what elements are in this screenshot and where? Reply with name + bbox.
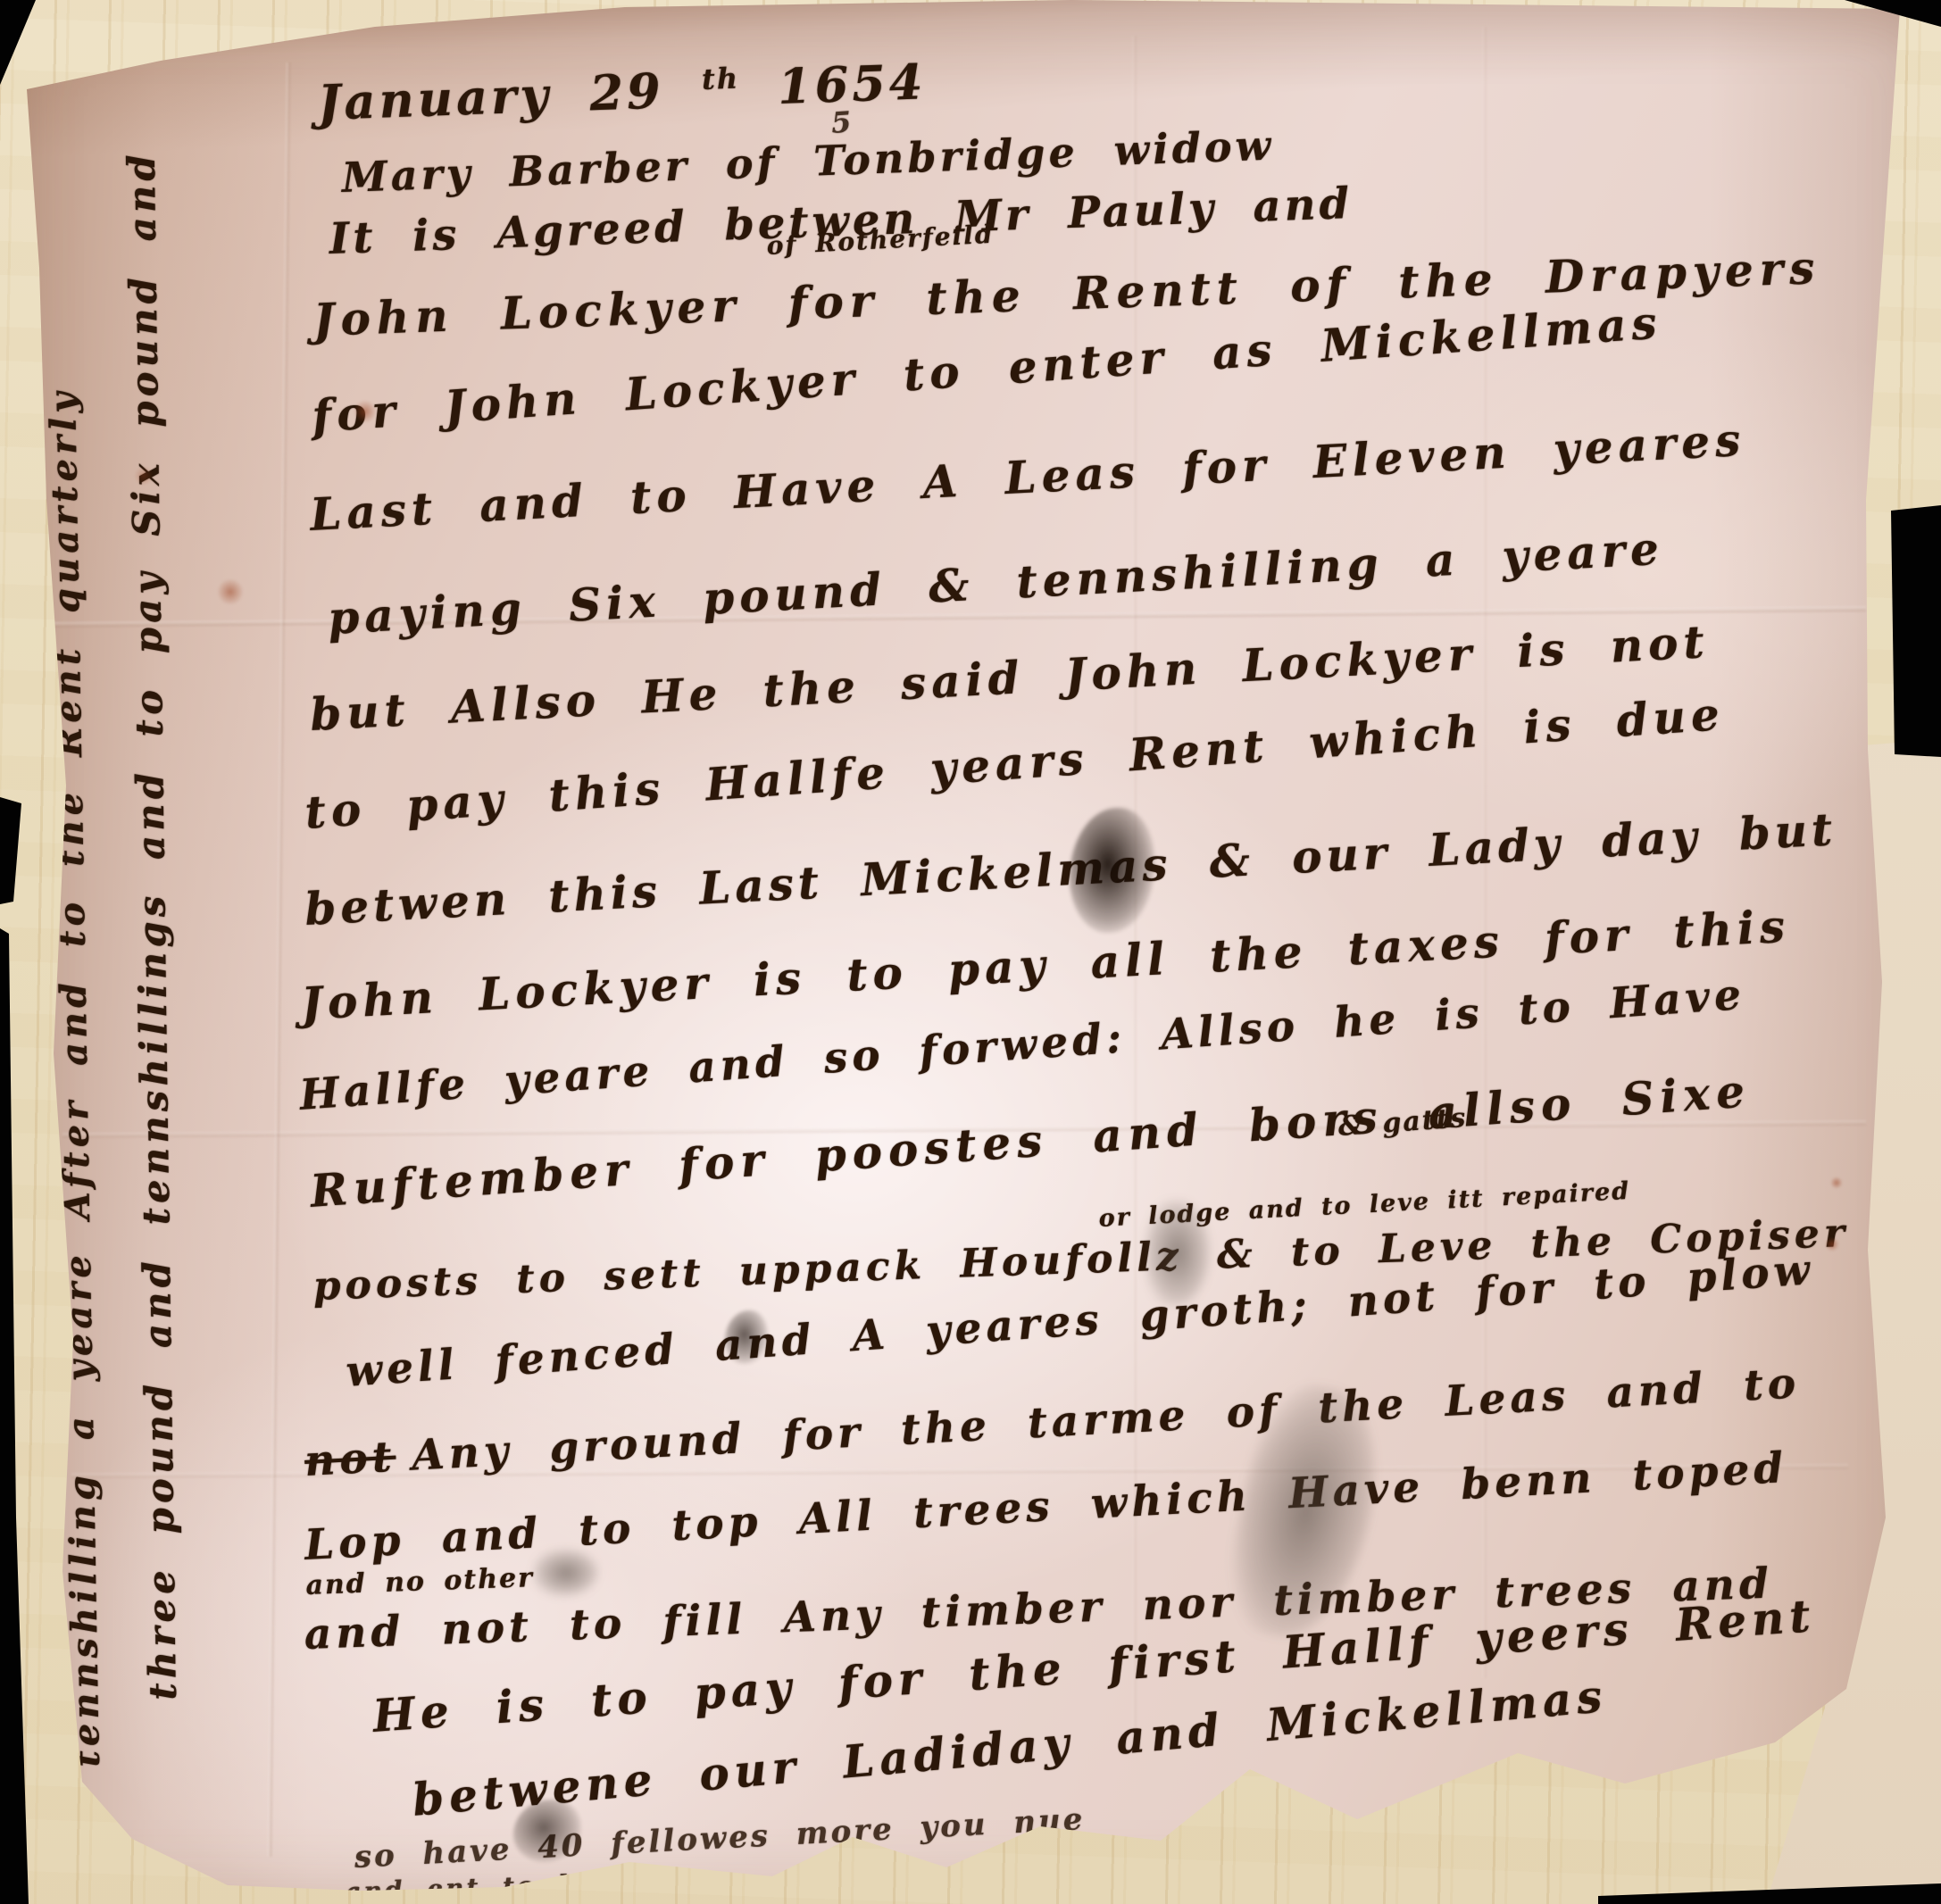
interlinear-insertion: and no other [305,1565,534,1600]
struck-word: not [304,1433,397,1486]
fold-crease [267,62,290,1857]
date-year: 1654 [777,53,927,115]
year-correction: 5 [830,107,854,137]
date-superscript: th [701,62,739,96]
rust-stain [217,578,244,605]
paper-sheet: January 29 th 1654 5 Mary Barber of Tonb… [0,0,1941,1904]
manuscript-line: Last and to Have A Leas for Eleven yeare… [309,418,1746,537]
date-day: January 29 [317,62,665,130]
manuscript-line: paying Six pound & tennshilling a yeare [327,527,1665,641]
margin-note-line: three pound and tennshillings and to pay… [122,94,182,1700]
rust-stain [1830,1176,1843,1189]
scanned-letter: January 29 th 1654 5 Mary Barber of Tonb… [0,0,1941,1904]
